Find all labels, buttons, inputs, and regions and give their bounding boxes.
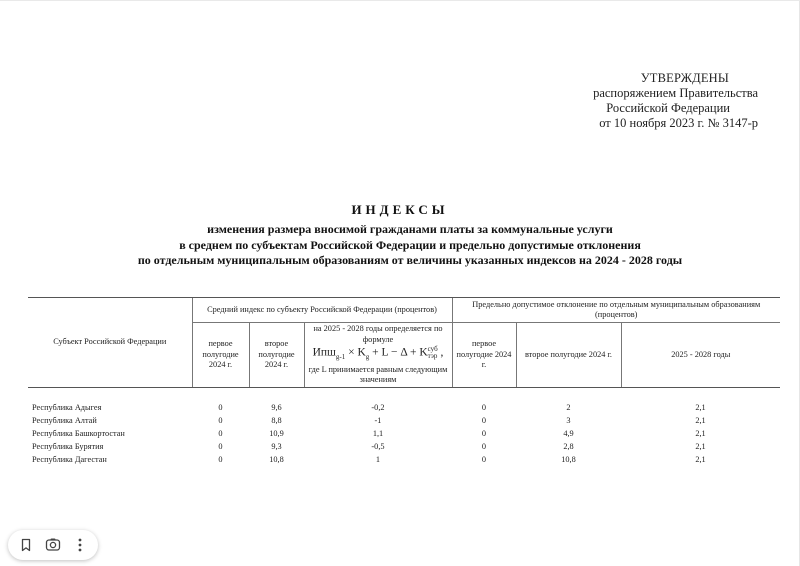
approval-line: Российской Федерации — [593, 101, 758, 116]
table-row: Республика Дагестан010,81010,82,1 — [28, 453, 780, 466]
more-options-button[interactable] — [69, 534, 91, 556]
cell-avg-h2: 9,3 — [249, 440, 304, 453]
cell-dev-h2: 10,8 — [516, 453, 621, 466]
formula: Ипшg-1 × Kg + L − Δ + Kсубтэр , — [307, 346, 450, 364]
header-group-average: Средний индекс по субъекту Российской Фе… — [192, 298, 452, 323]
cell-subject: Республика Алтай — [28, 414, 192, 427]
header-avg-h2-2024: второе полугодие 2024 г. — [249, 323, 304, 388]
cell-subject: Республика Адыгея — [28, 401, 192, 414]
cell-subject: Республика Бурятия — [28, 440, 192, 453]
header-subject: Субъект Российской Федерации — [28, 298, 192, 388]
cell-dev-h2: 3 — [516, 414, 621, 427]
formula-intro: на 2025 - 2028 годы определяется по форм… — [313, 324, 442, 344]
subtitle-line: в среднем по субъектам Российской Федера… — [60, 238, 760, 254]
cell-dev-2025: 2,1 — [621, 453, 780, 466]
document-title: ИНДЕКСЫ — [0, 202, 800, 218]
table-row: Республика Бурятия09,3-0,502,82,1 — [28, 440, 780, 453]
cell-avg-h1: 0 — [192, 401, 249, 414]
cell-dev-2025: 2,1 — [621, 427, 780, 440]
top-divider — [0, 0, 800, 1]
table-row: Республика Адыгея09,6-0,2022,1 — [28, 401, 780, 414]
cell-L-value: -0,2 — [304, 401, 452, 414]
cell-dev-h1: 0 — [452, 401, 516, 414]
approval-line: от 10 ноября 2023 г. № 3147-р — [593, 116, 758, 131]
cell-avg-h2: 10,8 — [249, 453, 304, 466]
cell-L-value: 1,1 — [304, 427, 452, 440]
cell-avg-h1: 0 — [192, 427, 249, 440]
cell-dev-h1: 0 — [452, 453, 516, 466]
cell-avg-h1: 0 — [192, 440, 249, 453]
cell-dev-2025: 2,1 — [621, 401, 780, 414]
header-avg-2025-2028: на 2025 - 2028 годы определяется по форм… — [304, 323, 452, 388]
lens-icon — [45, 537, 61, 553]
cell-dev-h1: 0 — [452, 414, 516, 427]
cell-L-value: 1 — [304, 453, 452, 466]
header-dev-2025-2028: 2025 - 2028 годы — [621, 323, 780, 388]
header-dev-h2-2024: второе полугодие 2024 г. — [516, 323, 621, 388]
cell-dev-h2: 2,8 — [516, 440, 621, 453]
lens-button[interactable] — [42, 534, 64, 556]
approval-line: распоряжением Правительства — [593, 86, 758, 101]
header-dev-h1-2024: первое полугодие 2024 г. — [452, 323, 516, 388]
cell-avg-h2: 8,8 — [249, 414, 304, 427]
cell-dev-2025: 2,1 — [621, 440, 780, 453]
document-subtitle: изменения размера вносимой гражданами пл… — [60, 222, 760, 269]
approval-line: УТВЕРЖДЕНЫ — [593, 71, 758, 86]
more-icon — [77, 537, 83, 553]
indices-table: Субъект Российской Федерации Средний инд… — [28, 297, 780, 466]
cell-avg-h1: 0 — [192, 414, 249, 427]
formula-note: где L принимается равным следующим значе… — [309, 365, 448, 385]
cell-avg-h2: 9,6 — [249, 401, 304, 414]
bookmark-icon — [19, 538, 33, 552]
floating-toolbar — [8, 530, 98, 560]
cell-dev-h1: 0 — [452, 427, 516, 440]
header-group-deviation: Предельно допустимое отклонение по отдел… — [452, 298, 780, 323]
table-row: Республика Башкортостан010,91,104,92,1 — [28, 427, 780, 440]
subtitle-line: по отдельным муниципальным образованиям … — [60, 253, 760, 269]
cell-dev-h2: 4,9 — [516, 427, 621, 440]
subtitle-line: изменения размера вносимой гражданами пл… — [60, 222, 760, 238]
cell-avg-h2: 10,9 — [249, 427, 304, 440]
cell-avg-h1: 0 — [192, 453, 249, 466]
table-row: Республика Алтай08,8-1032,1 — [28, 414, 780, 427]
cell-dev-h2: 2 — [516, 401, 621, 414]
cell-dev-2025: 2,1 — [621, 414, 780, 427]
cell-subject: Республика Башкортостан — [28, 427, 192, 440]
approval-stamp: УТВЕРЖДЕНЫ распоряжением Правительства Р… — [593, 71, 758, 131]
header-avg-h1-2024: первое полугодие 2024 г. — [192, 323, 249, 388]
cell-L-value: -1 — [304, 414, 452, 427]
cell-dev-h1: 0 — [452, 440, 516, 453]
bookmark-button[interactable] — [15, 534, 37, 556]
cell-L-value: -0,5 — [304, 440, 452, 453]
cell-subject: Республика Дагестан — [28, 453, 192, 466]
